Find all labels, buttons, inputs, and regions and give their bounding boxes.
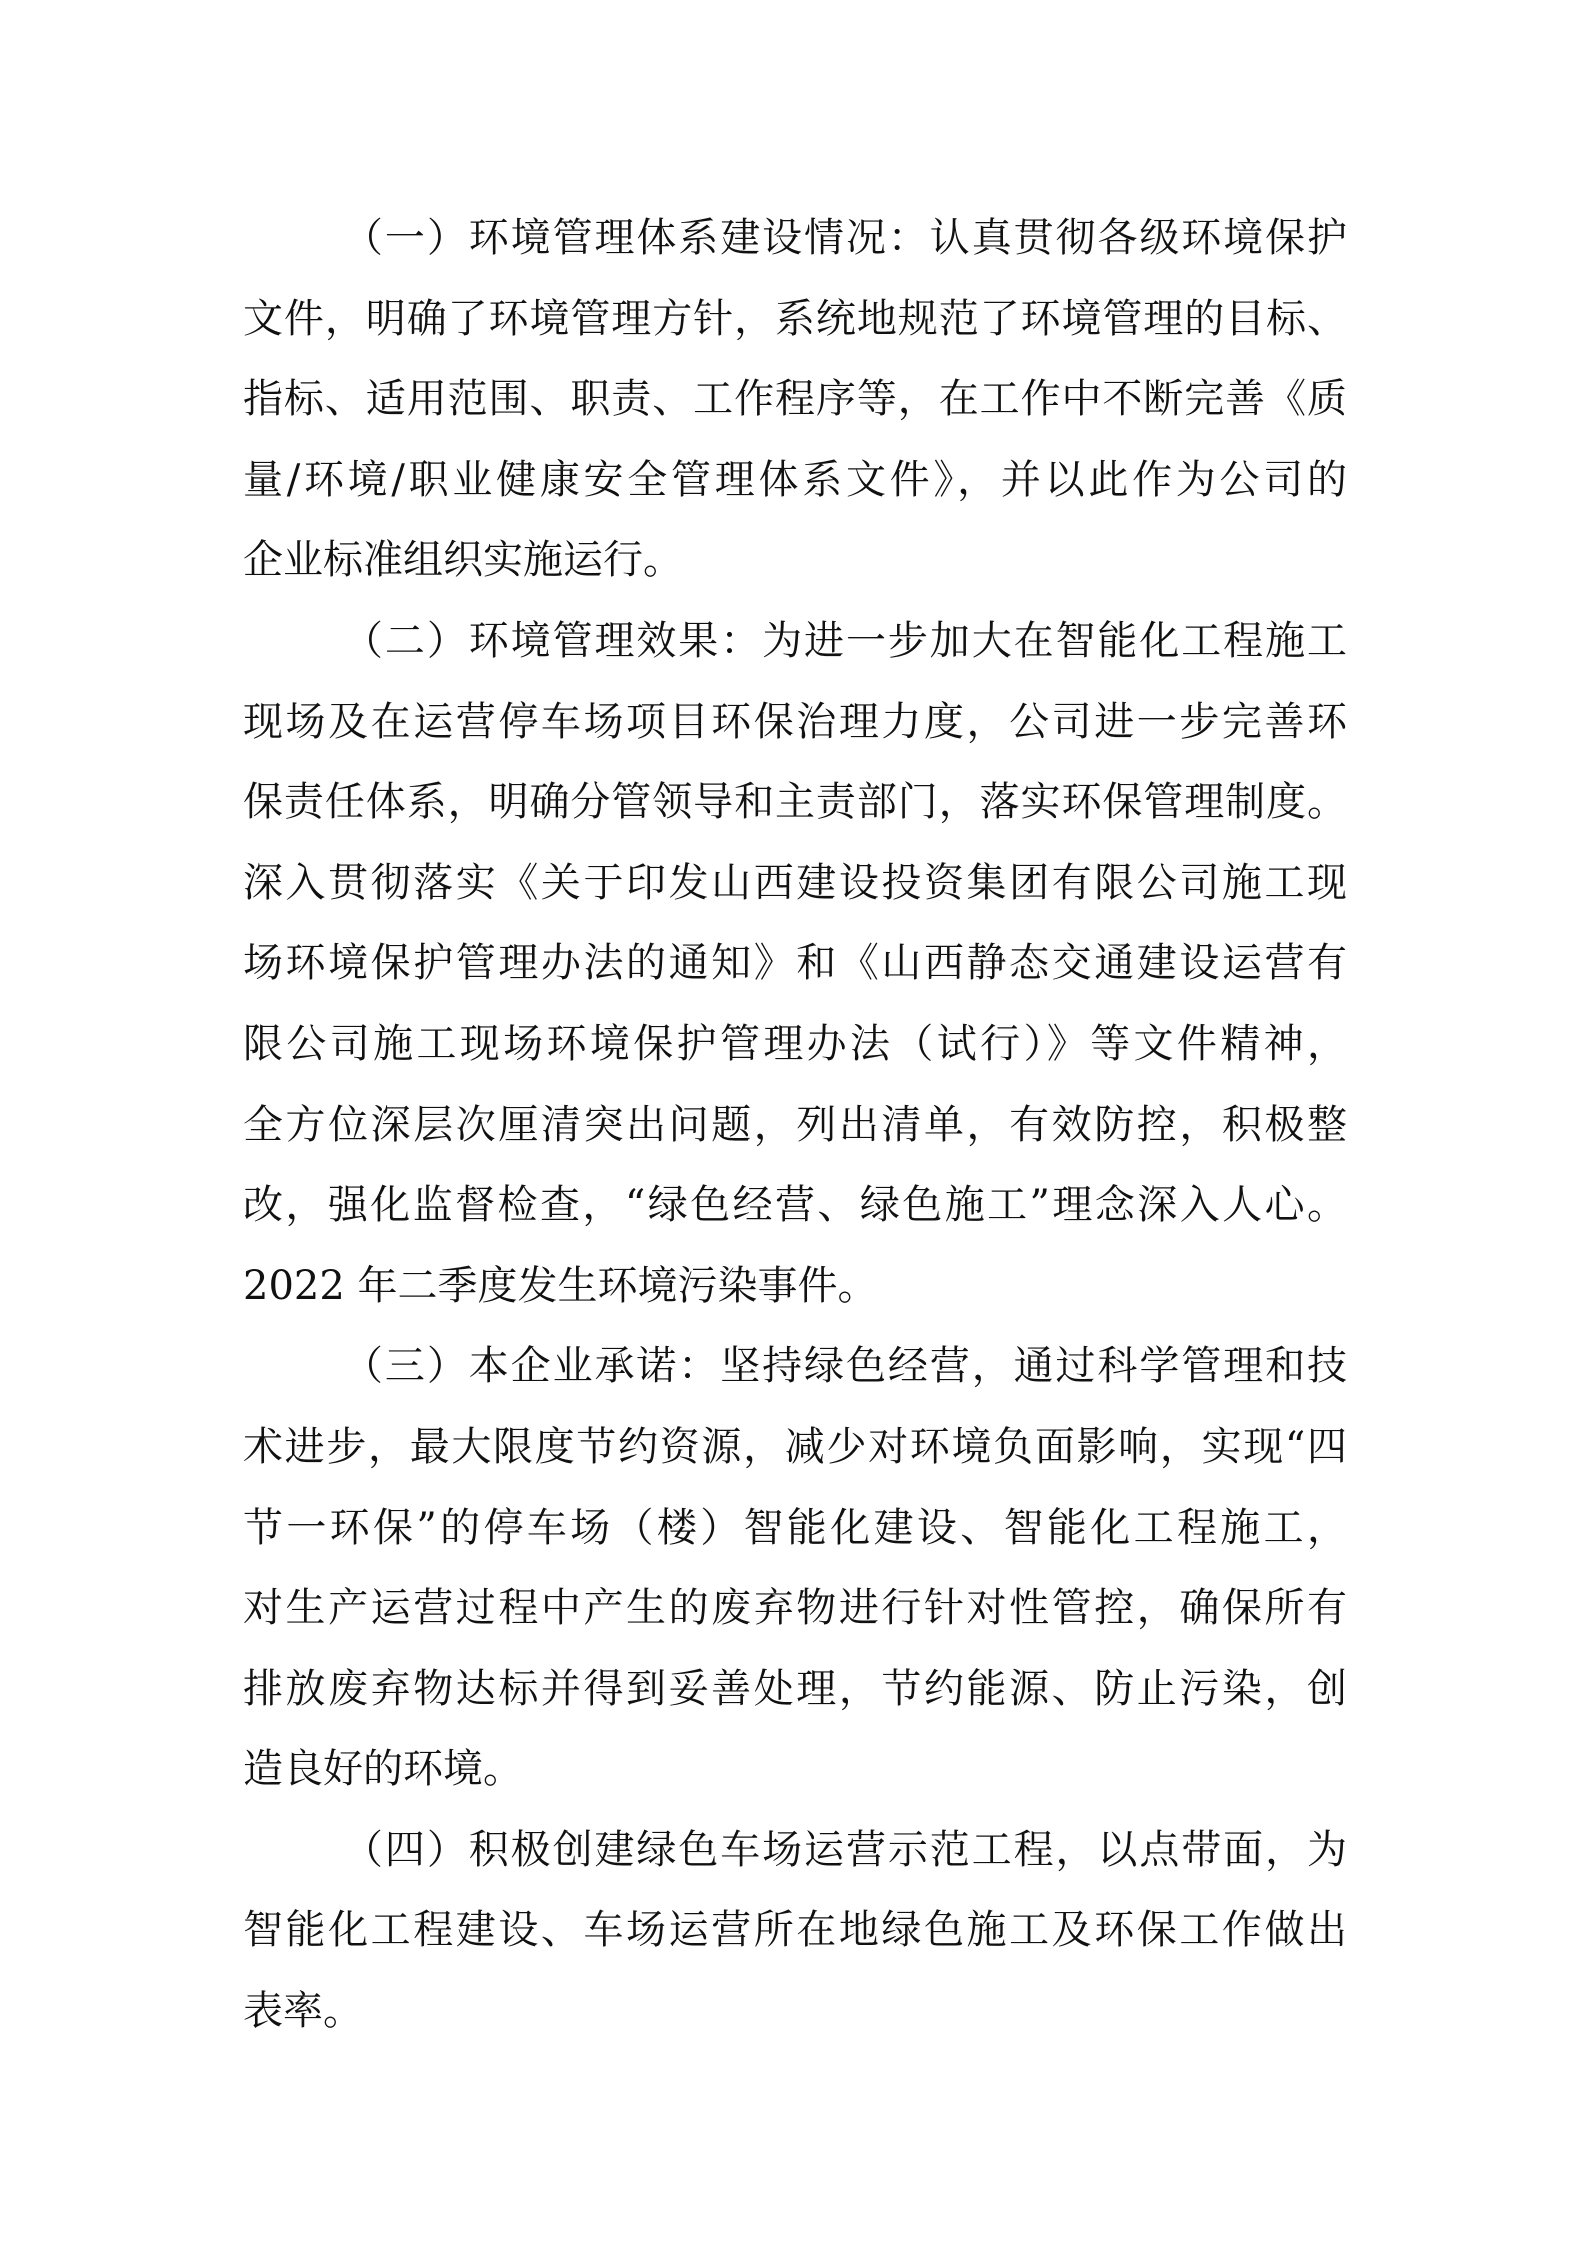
text-line: 术进步，最大限度节约资源，减少对环境负面影响，实现“四 bbox=[243, 1419, 1347, 1500]
text-line: 排放废弃物达标并得到妥善处理，节约能源、防止污染，创 bbox=[243, 1661, 1347, 1742]
text-line: 节一环保”的停车场（楼）智能化建设、智能化工程施工， bbox=[243, 1500, 1347, 1581]
text-line: （一）环境管理体系建设情况：认真贯彻各级环境保护 bbox=[243, 210, 1347, 291]
text-line: 量/环境/职业健康安全管理体系文件》，并以此作为公司的 bbox=[243, 452, 1347, 533]
text-line: 智能化工程建设、车场运营所在地绿色施工及环保工作做出 bbox=[243, 1902, 1347, 1983]
text-line: 现场及在运营停车场项目环保治理力度，公司进一步完善环 bbox=[243, 694, 1347, 775]
text-line: 指标、适用范围、职责、工作程序等，在工作中不断完善《质 bbox=[243, 371, 1347, 452]
text-line: （二）环境管理效果：为进一步加大在智能化工程施工 bbox=[243, 613, 1347, 694]
text-line: 造良好的环境。 bbox=[243, 1741, 1347, 1822]
text-line: 文件，明确了环境管理方针，系统地规范了环境管理的目标、 bbox=[243, 291, 1347, 372]
paragraph-enterprise-commitment: （三）本企业承诺：坚持绿色经营，通过科学管理和技 术进步，最大限度节约资源，减少… bbox=[243, 1338, 1347, 1822]
paragraph-environment-management-results: （二）环境管理效果：为进一步加大在智能化工程施工 现场及在运营停车场项目环保治理… bbox=[243, 613, 1347, 1338]
text-line: （三）本企业承诺：坚持绿色经营，通过科学管理和技 bbox=[243, 1338, 1347, 1419]
text-line: 限公司施工现场环境保护管理办法（试行）》等文件精神， bbox=[243, 1016, 1347, 1097]
paragraph-environment-management-system: （一）环境管理体系建设情况：认真贯彻各级环境保护 文件，明确了环境管理方针，系统… bbox=[243, 210, 1347, 613]
text-line: 2022 年二季度发生环境污染事件。 bbox=[243, 1258, 1347, 1339]
text-line: 企业标准组织实施运行。 bbox=[243, 532, 1347, 613]
text-line: 深入贯彻落实《关于印发山西建设投资集团有限公司施工现 bbox=[243, 855, 1347, 936]
text-line: 对生产运营过程中产生的废弃物进行针对性管控，确保所有 bbox=[243, 1580, 1347, 1661]
paragraph-green-demonstration-project: （四）积极创建绿色车场运营示范工程，以点带面，为 智能化工程建设、车场运营所在地… bbox=[243, 1822, 1347, 2064]
text-line: （四）积极创建绿色车场运营示范工程，以点带面，为 bbox=[243, 1822, 1347, 1903]
document-page: （一）环境管理体系建设情况：认真贯彻各级环境保护 文件，明确了环境管理方针，系统… bbox=[243, 210, 1347, 2064]
text-line: 表率。 bbox=[243, 1983, 1347, 2064]
text-line: 改，强化监督检查，“绿色经营、绿色施工”理念深入人心。 bbox=[243, 1177, 1347, 1258]
text-line: 全方位深层次厘清突出问题，列出清单，有效防控，积极整 bbox=[243, 1097, 1347, 1178]
text-line: 场环境保护管理办法的通知》和《山西静态交通建设运营有 bbox=[243, 935, 1347, 1016]
text-line: 保责任体系，明确分管领导和主责部门，落实环保管理制度。 bbox=[243, 774, 1347, 855]
